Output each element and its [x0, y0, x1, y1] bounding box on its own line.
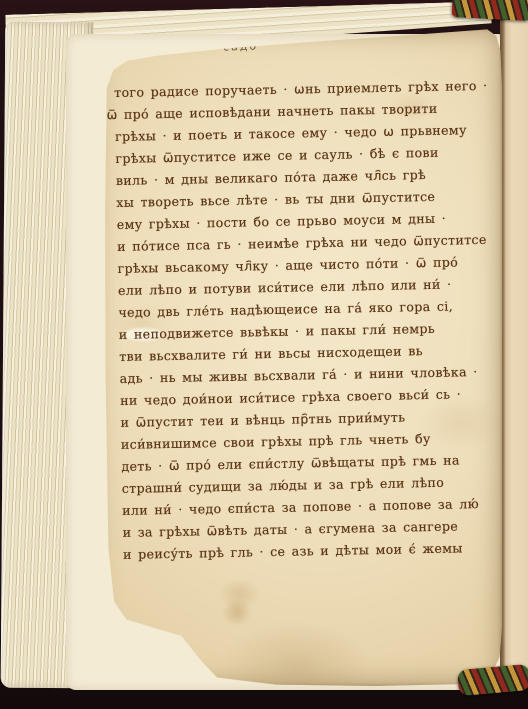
text-block: того радисе поручаеть · ѡнь приемлеть гр… — [114, 75, 489, 566]
book-photo: садо того радисе поручаеть · ѡнь приемле… — [0, 0, 528, 709]
endband-bottom — [457, 664, 528, 696]
stain-spot — [220, 600, 254, 624]
facing-page-gutter — [500, 20, 528, 680]
manuscript-leaf: садо того радисе поручаеть · ѡнь приемле… — [92, 28, 502, 686]
